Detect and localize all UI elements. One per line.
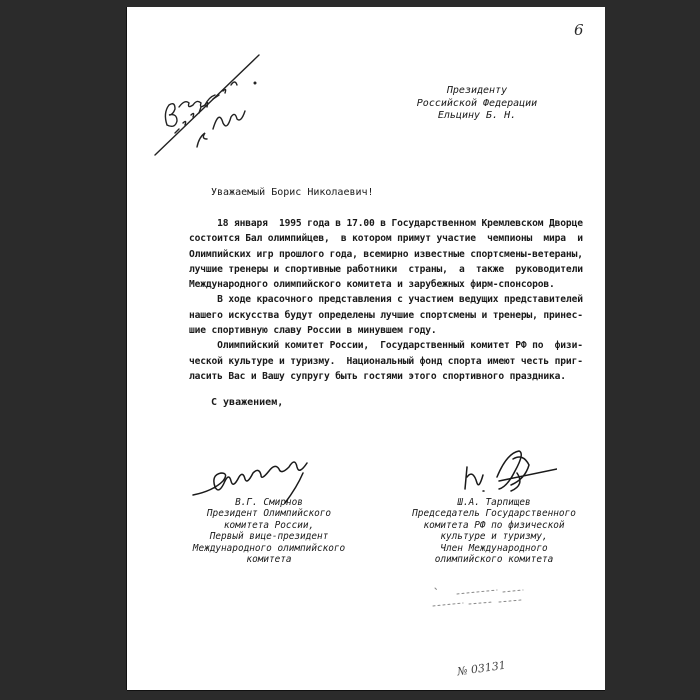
faded-stamp-icon	[427, 582, 537, 612]
body-line: В ходе красочного представления с участи…	[189, 292, 581, 307]
closing: С уважением,	[211, 397, 283, 408]
letter-page: 6 Президенту Российской Федерации Ельцин…	[127, 7, 605, 690]
archive-handwritten-note	[147, 37, 307, 157]
signature-tarpishchev	[457, 447, 557, 502]
body-line: состоится Бал олимпийцев, в котором прим…	[189, 231, 581, 246]
body-line: шие спортивную славу России в минувшем г…	[189, 323, 581, 338]
letter-body: 18 января 1995 года в 17.00 в Государств…	[189, 216, 581, 384]
signature-icon	[457, 447, 557, 502]
body-line: ласить Вас и Вашу супругу быть гостями э…	[189, 369, 581, 384]
page-number: 6	[574, 21, 584, 39]
body-line: 18 января 1995 года в 17.00 в Государств…	[189, 216, 581, 231]
signatory-name: В.Г. Смирнов	[169, 497, 369, 508]
signatory-title: культуре и туризму,	[389, 531, 599, 542]
body-line: Олимпийский комитет России, Государствен…	[189, 338, 581, 353]
signatory-title: комитета РФ по физической	[389, 520, 599, 531]
signatory-tarpishchev: Ш.А. Тарпищев Председатель Государственн…	[389, 497, 599, 565]
registration-number: № 03131	[456, 659, 506, 679]
signatory-title: Президент Олимпийского	[169, 508, 369, 519]
addressee-line: Президенту	[397, 85, 557, 98]
faded-registration-stamp	[427, 582, 537, 612]
addressee-line: Российской Федерации	[397, 98, 557, 111]
signatory-smirnov: В.Г. Смирнов Президент Олимпийского коми…	[169, 497, 369, 565]
body-line: ческой культуре и туризму. Национальный …	[189, 354, 581, 369]
greeting: Уважаемый Борис Николаевич!	[211, 187, 374, 198]
signatory-title: Председатель Государственного	[389, 508, 599, 519]
body-line: нашего искусства будут определены лучшие…	[189, 308, 581, 323]
signatory-title: Член Международного	[389, 543, 599, 554]
addressee-line: Ельцину Б. Н.	[397, 110, 557, 123]
signatory-title: олимпийского комитета	[389, 554, 599, 565]
signatory-title: Международного олимпийского	[169, 543, 369, 554]
signatory-title: Первый вице-президент	[169, 531, 369, 542]
signatory-name: Ш.А. Тарпищев	[389, 497, 599, 508]
body-line: Олимпийских игр прошлого года, всемирно …	[189, 247, 581, 262]
signatory-title: комитета России,	[169, 520, 369, 531]
body-line: Международного олимпийского комитета и з…	[189, 277, 581, 292]
body-line: лучшие тренеры и спортивные работники ст…	[189, 262, 581, 277]
addressee-block: Президенту Российской Федерации Ельцину …	[397, 85, 557, 123]
handwriting-icon	[147, 37, 307, 157]
signatory-title: комитета	[169, 554, 369, 565]
